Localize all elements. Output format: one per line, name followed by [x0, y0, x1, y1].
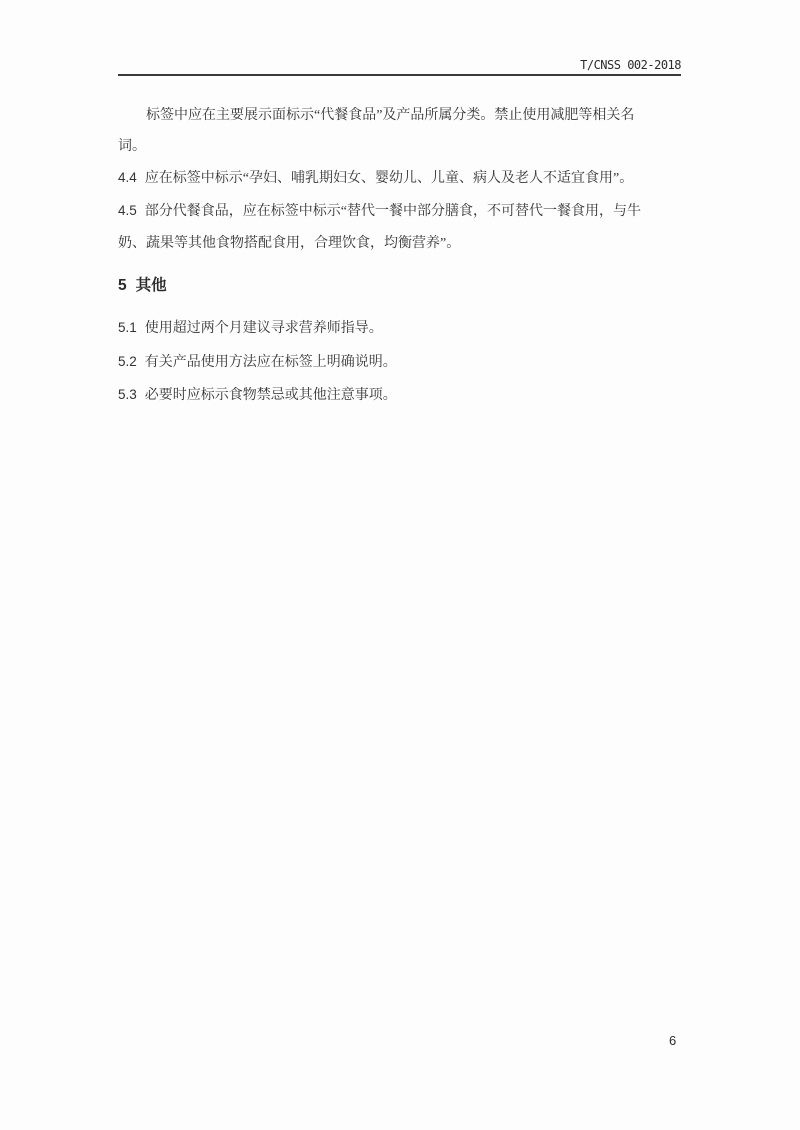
clause-text: 应在标签中标示“孕妇、哺乳期妇女、婴幼儿、儿童、病人及老人不适宜食用”。 [145, 171, 633, 186]
paragraph-line: 标签中应在主要展示面标示“代餐食品”及产品所属分类。禁止使用减肥等相关名 [118, 100, 678, 131]
clause-5-3: 5.3必要时应标示食物禁忌或其他注意事项。 [118, 379, 678, 411]
clause-number: 4.5 [118, 203, 137, 218]
clause-text: 必要时应标示食物禁忌或其他注意事项。 [145, 388, 397, 403]
header-doc-code: T/CNSS 002-2018 [580, 58, 681, 72]
section-5-heading: 5其他 [118, 276, 167, 296]
clause-text-continuation: 奶、蔬果等其他食物搭配食用，合理饮食，均衡营养”。 [118, 228, 678, 260]
intro-paragraph: 标签中应在主要展示面标示“代餐食品”及产品所属分类。禁止使用减肥等相关名 词。 [118, 100, 678, 162]
clause-number: 5.3 [118, 387, 137, 402]
clause-4-5: 4.5部分代餐食品，应在标签中标示“替代一餐中部分膳食，不可替代一餐食用，与牛 … [118, 195, 678, 260]
header-rule [118, 74, 681, 76]
document-page: T/CNSS 002-2018 标签中应在主要展示面标示“代餐食品”及产品所属分… [0, 0, 800, 1130]
clause-text: 部分代餐食品，应在标签中标示“替代一餐中部分膳食，不可替代一餐食用，与牛 [145, 204, 641, 219]
heading-title: 其他 [136, 277, 167, 294]
heading-number: 5 [118, 277, 127, 294]
clause-5-2: 5.2有关产品使用方法应在标签上明确说明。 [118, 346, 678, 378]
clause-text: 使用超过两个月建议寻求营养师指导。 [145, 321, 383, 336]
clause-4-4: 4.4应在标签中标示“孕妇、哺乳期妇女、婴幼儿、儿童、病人及老人不适宜食用”。 [118, 162, 678, 194]
paragraph-line: 词。 [118, 131, 678, 162]
clause-number: 5.2 [118, 354, 137, 369]
page-number: 6 [669, 1033, 676, 1048]
clause-text: 有关产品使用方法应在标签上明确说明。 [145, 355, 397, 370]
clause-5-1: 5.1使用超过两个月建议寻求营养师指导。 [118, 312, 678, 344]
clause-number: 5.1 [118, 320, 137, 335]
clause-number: 4.4 [118, 170, 137, 185]
